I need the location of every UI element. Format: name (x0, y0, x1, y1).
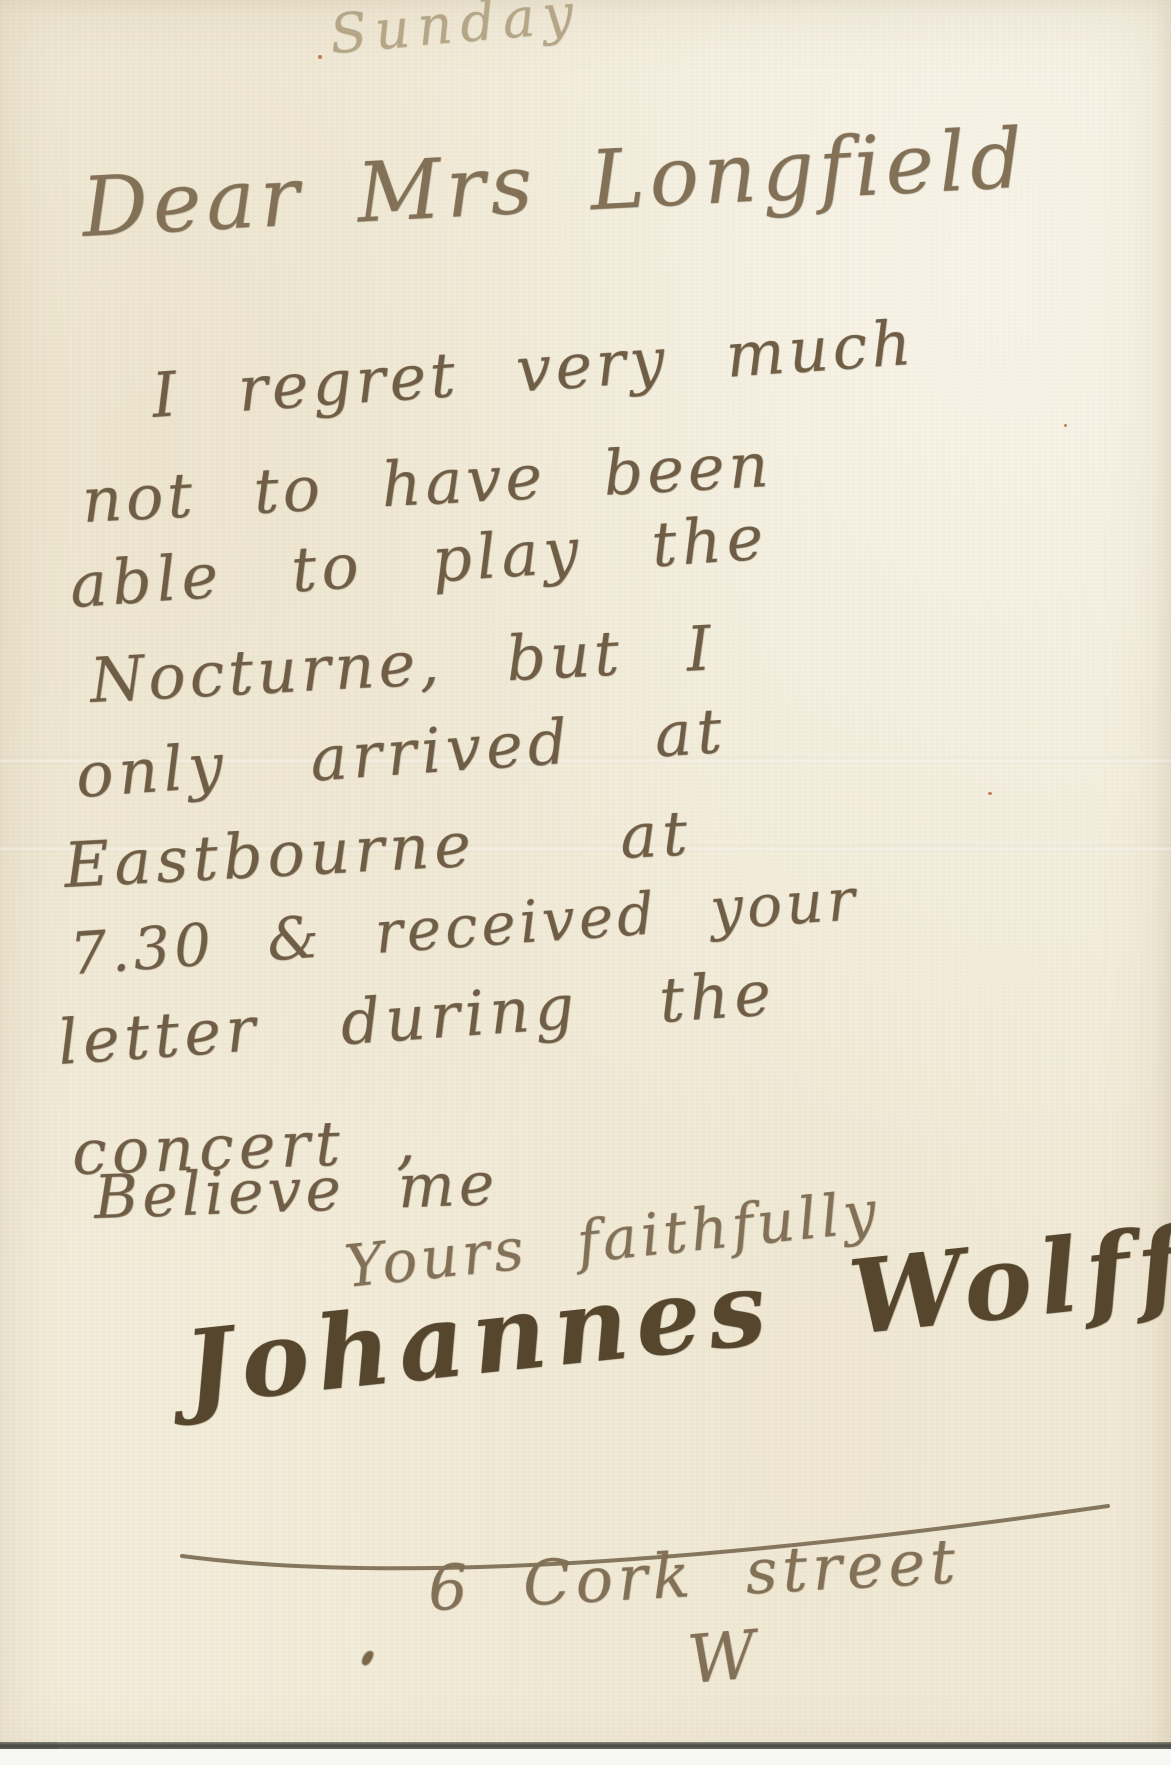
body-line: Nocturne, but I (88, 617, 716, 712)
body-line: I regret very much (150, 312, 917, 427)
closing-line: Believe me (93, 1154, 499, 1228)
ink-speck (1064, 424, 1067, 427)
ink-stray-mark (360, 1649, 375, 1667)
date-line: Sunday (328, 0, 584, 62)
paper-bottom-edge (0, 1742, 1171, 1749)
letter-page: Sunday Dear Mrs Longfield I regret very … (0, 0, 1171, 1765)
body-line: only arrived at (74, 700, 729, 807)
salutation: Dear Mrs Longfield (80, 119, 1030, 250)
scan-background-strip (0, 1749, 1171, 1765)
ink-speck (318, 55, 322, 59)
ink-speck (988, 792, 992, 795)
address-region: W (685, 1622, 760, 1694)
address-line: 6 Cork street (426, 1530, 961, 1620)
